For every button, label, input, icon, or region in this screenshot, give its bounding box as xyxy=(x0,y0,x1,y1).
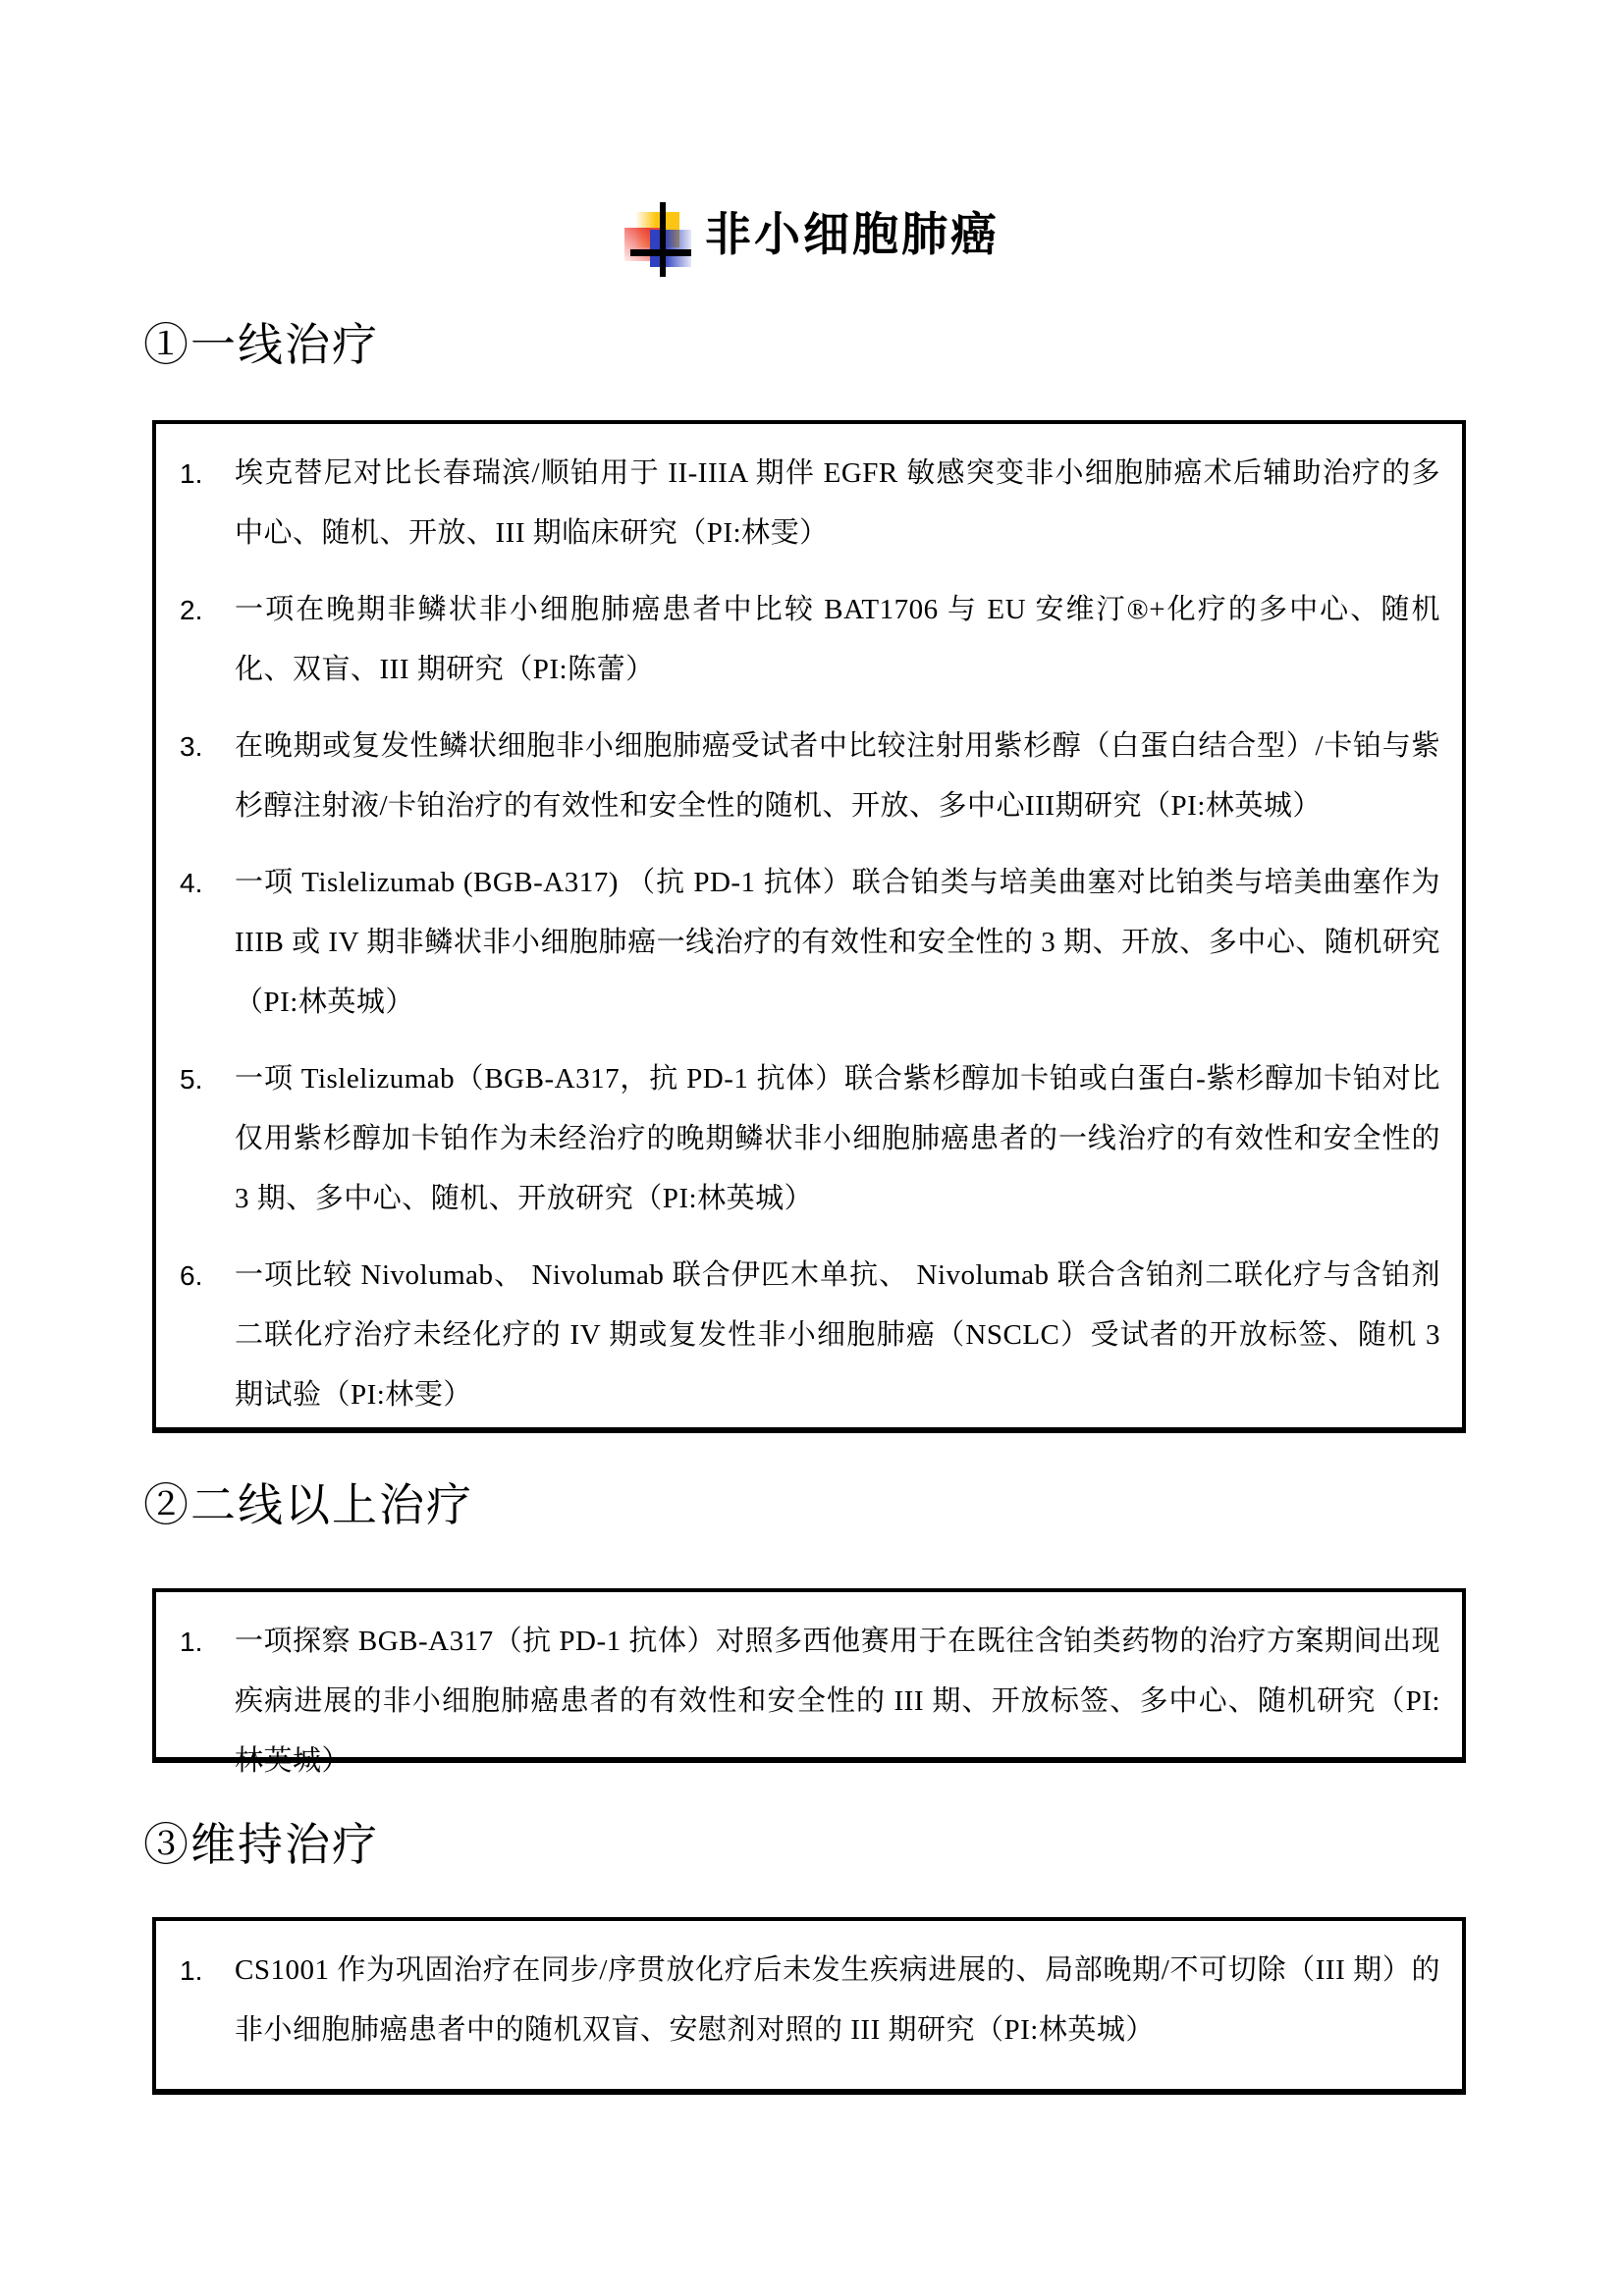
item-number: 1. xyxy=(180,444,235,504)
item-number: 2. xyxy=(180,580,235,640)
trial-item: 1. 埃克替尼对比长春瑞滨/顺铂用于 II-IIIA 期伴 EGFR 敏感突变非… xyxy=(180,444,1440,563)
item-number: 6. xyxy=(180,1246,235,1306)
document-page: 非小细胞肺癌 ①一线治疗 1. 埃克替尼对比长春瑞滨/顺铂用于 II-IIIA … xyxy=(0,0,1624,2296)
item-number: 3. xyxy=(180,717,235,776)
section-heading-maintenance-treatment: ③维持治疗 xyxy=(143,1816,379,1875)
trial-item: 3. 在晚期或复发性鳞状细胞非小细胞肺癌受试者中比较注射用紫杉醇（白蛋白结合型）… xyxy=(180,717,1440,836)
icon-cross-vertical xyxy=(660,202,666,277)
item-number: 4. xyxy=(180,853,235,913)
trial-item: 1. CS1001 作为巩固治疗在同步/序贯放化疗后未发生疾病进展的、局部晚期/… xyxy=(180,1941,1440,2060)
trial-box-maintenance: 1. CS1001 作为巩固治疗在同步/序贯放化疗后未发生疾病进展的、局部晚期/… xyxy=(152,1917,1466,2095)
trial-item: 4. 一项 Tislelizumab (BGB-A317) （抗 PD-1 抗体… xyxy=(180,853,1440,1033)
section-heading-second-line-treatment: ②二线以上治疗 xyxy=(143,1476,473,1535)
icon-blue-square xyxy=(650,230,691,267)
item-text: 在晚期或复发性鳞状细胞非小细胞肺癌受试者中比较注射用紫杉醇（白蛋白结合型）/卡铂… xyxy=(235,717,1440,836)
trial-item: 2. 一项在晚期非鳞状非小细胞肺癌患者中比较 BAT1706 与 EU 安维汀®… xyxy=(180,580,1440,700)
item-text: 埃克替尼对比长春瑞滨/顺铂用于 II-IIIA 期伴 EGFR 敏感突变非小细胞… xyxy=(235,444,1440,563)
trial-item: 1. 一项探察 BGB-A317（抗 PD-1 抗体）对照多西他赛用于在既往含铂… xyxy=(180,1612,1440,1791)
item-text: 一项 Tislelizumab（BGB-A317，抗 PD-1 抗体）联合紫杉醇… xyxy=(235,1049,1440,1229)
item-text: 一项探察 BGB-A317（抗 PD-1 抗体）对照多西他赛用于在既往含铂类药物… xyxy=(235,1612,1440,1791)
item-text: 一项比较 Nivolumab、 Nivolumab 联合伊匹木单抗、 Nivol… xyxy=(235,1246,1440,1425)
trial-item: 6. 一项比较 Nivolumab、 Nivolumab 联合伊匹木单抗、 Ni… xyxy=(180,1246,1440,1425)
item-number: 1. xyxy=(180,1612,235,1672)
colored-cross-icon xyxy=(624,202,691,281)
trial-box-second-line: 1. 一项探察 BGB-A317（抗 PD-1 抗体）对照多西他赛用于在既往含铂… xyxy=(152,1588,1466,1763)
document-title-row: 非小细胞肺癌 xyxy=(0,192,1624,281)
page-title: 非小细胞肺癌 xyxy=(705,199,1000,273)
section-heading-first-line-treatment: ①一线治疗 xyxy=(143,316,379,375)
item-number: 1. xyxy=(180,1941,235,2001)
item-text: 一项在晚期非鳞状非小细胞肺癌患者中比较 BAT1706 与 EU 安维汀®+化疗… xyxy=(235,580,1440,700)
item-number: 5. xyxy=(180,1049,235,1109)
trial-item: 5. 一项 Tislelizumab（BGB-A317，抗 PD-1 抗体）联合… xyxy=(180,1049,1440,1229)
item-text: 一项 Tislelizumab (BGB-A317) （抗 PD-1 抗体）联合… xyxy=(235,853,1440,1033)
trial-box-first-line: 1. 埃克替尼对比长春瑞滨/顺铂用于 II-IIIA 期伴 EGFR 敏感突变非… xyxy=(152,420,1466,1433)
icon-cross-horizontal xyxy=(630,249,691,256)
item-text: CS1001 作为巩固治疗在同步/序贯放化疗后未发生疾病进展的、局部晚期/不可切… xyxy=(235,1941,1440,2060)
